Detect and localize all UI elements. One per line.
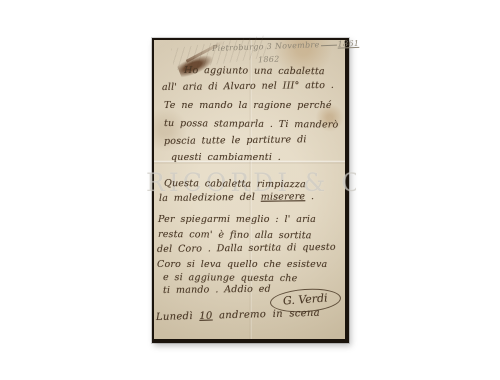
handwriting-line: del Coro . Dalla sortita di questo xyxy=(157,241,336,256)
handwriting-line: Per spiegarmi meglio : l' aria xyxy=(158,213,316,226)
handwriting-line: la maledizione del miserere . xyxy=(159,190,314,205)
pencil-rule xyxy=(321,44,337,47)
handwriting-line: poscia tutte le partiture di xyxy=(164,133,307,148)
handwriting-line: tu possa stamparla . Ti manderò xyxy=(164,117,339,132)
line-text: la maledizione del xyxy=(159,192,261,204)
postscript-text: Lunedì xyxy=(156,311,200,323)
handwriting-line: Coro si leva quello che esisteva xyxy=(157,258,327,271)
underlined-word: miserere xyxy=(261,191,306,203)
handwriting-line: Ho aggiunto una cabaletta xyxy=(184,64,325,78)
postscript-text: andremo in scena xyxy=(212,308,320,322)
pencil-year: 1861 xyxy=(337,39,359,49)
handwriting-line: questi cambiamenti . xyxy=(171,151,281,164)
letter-paper: RICORDI & C Pietroburgo 3 Novembre1861 1… xyxy=(152,38,349,343)
postscript-line: Lunedì 10 andremo in scena xyxy=(156,307,320,325)
underlined-day: 10 xyxy=(199,311,213,322)
handwriting-line: Questa cabaletta rimpiazza xyxy=(164,177,306,191)
handwriting-line: resta com' è fino alla sortita xyxy=(158,228,312,242)
handwriting-line: Te ne mando la ragione perché xyxy=(164,99,332,112)
handwriting-line: all' aria di Alvaro nel III° atto . xyxy=(162,79,334,94)
line-text: . xyxy=(305,191,314,202)
handwriting-line: ti mando . Addio ed xyxy=(163,283,271,297)
